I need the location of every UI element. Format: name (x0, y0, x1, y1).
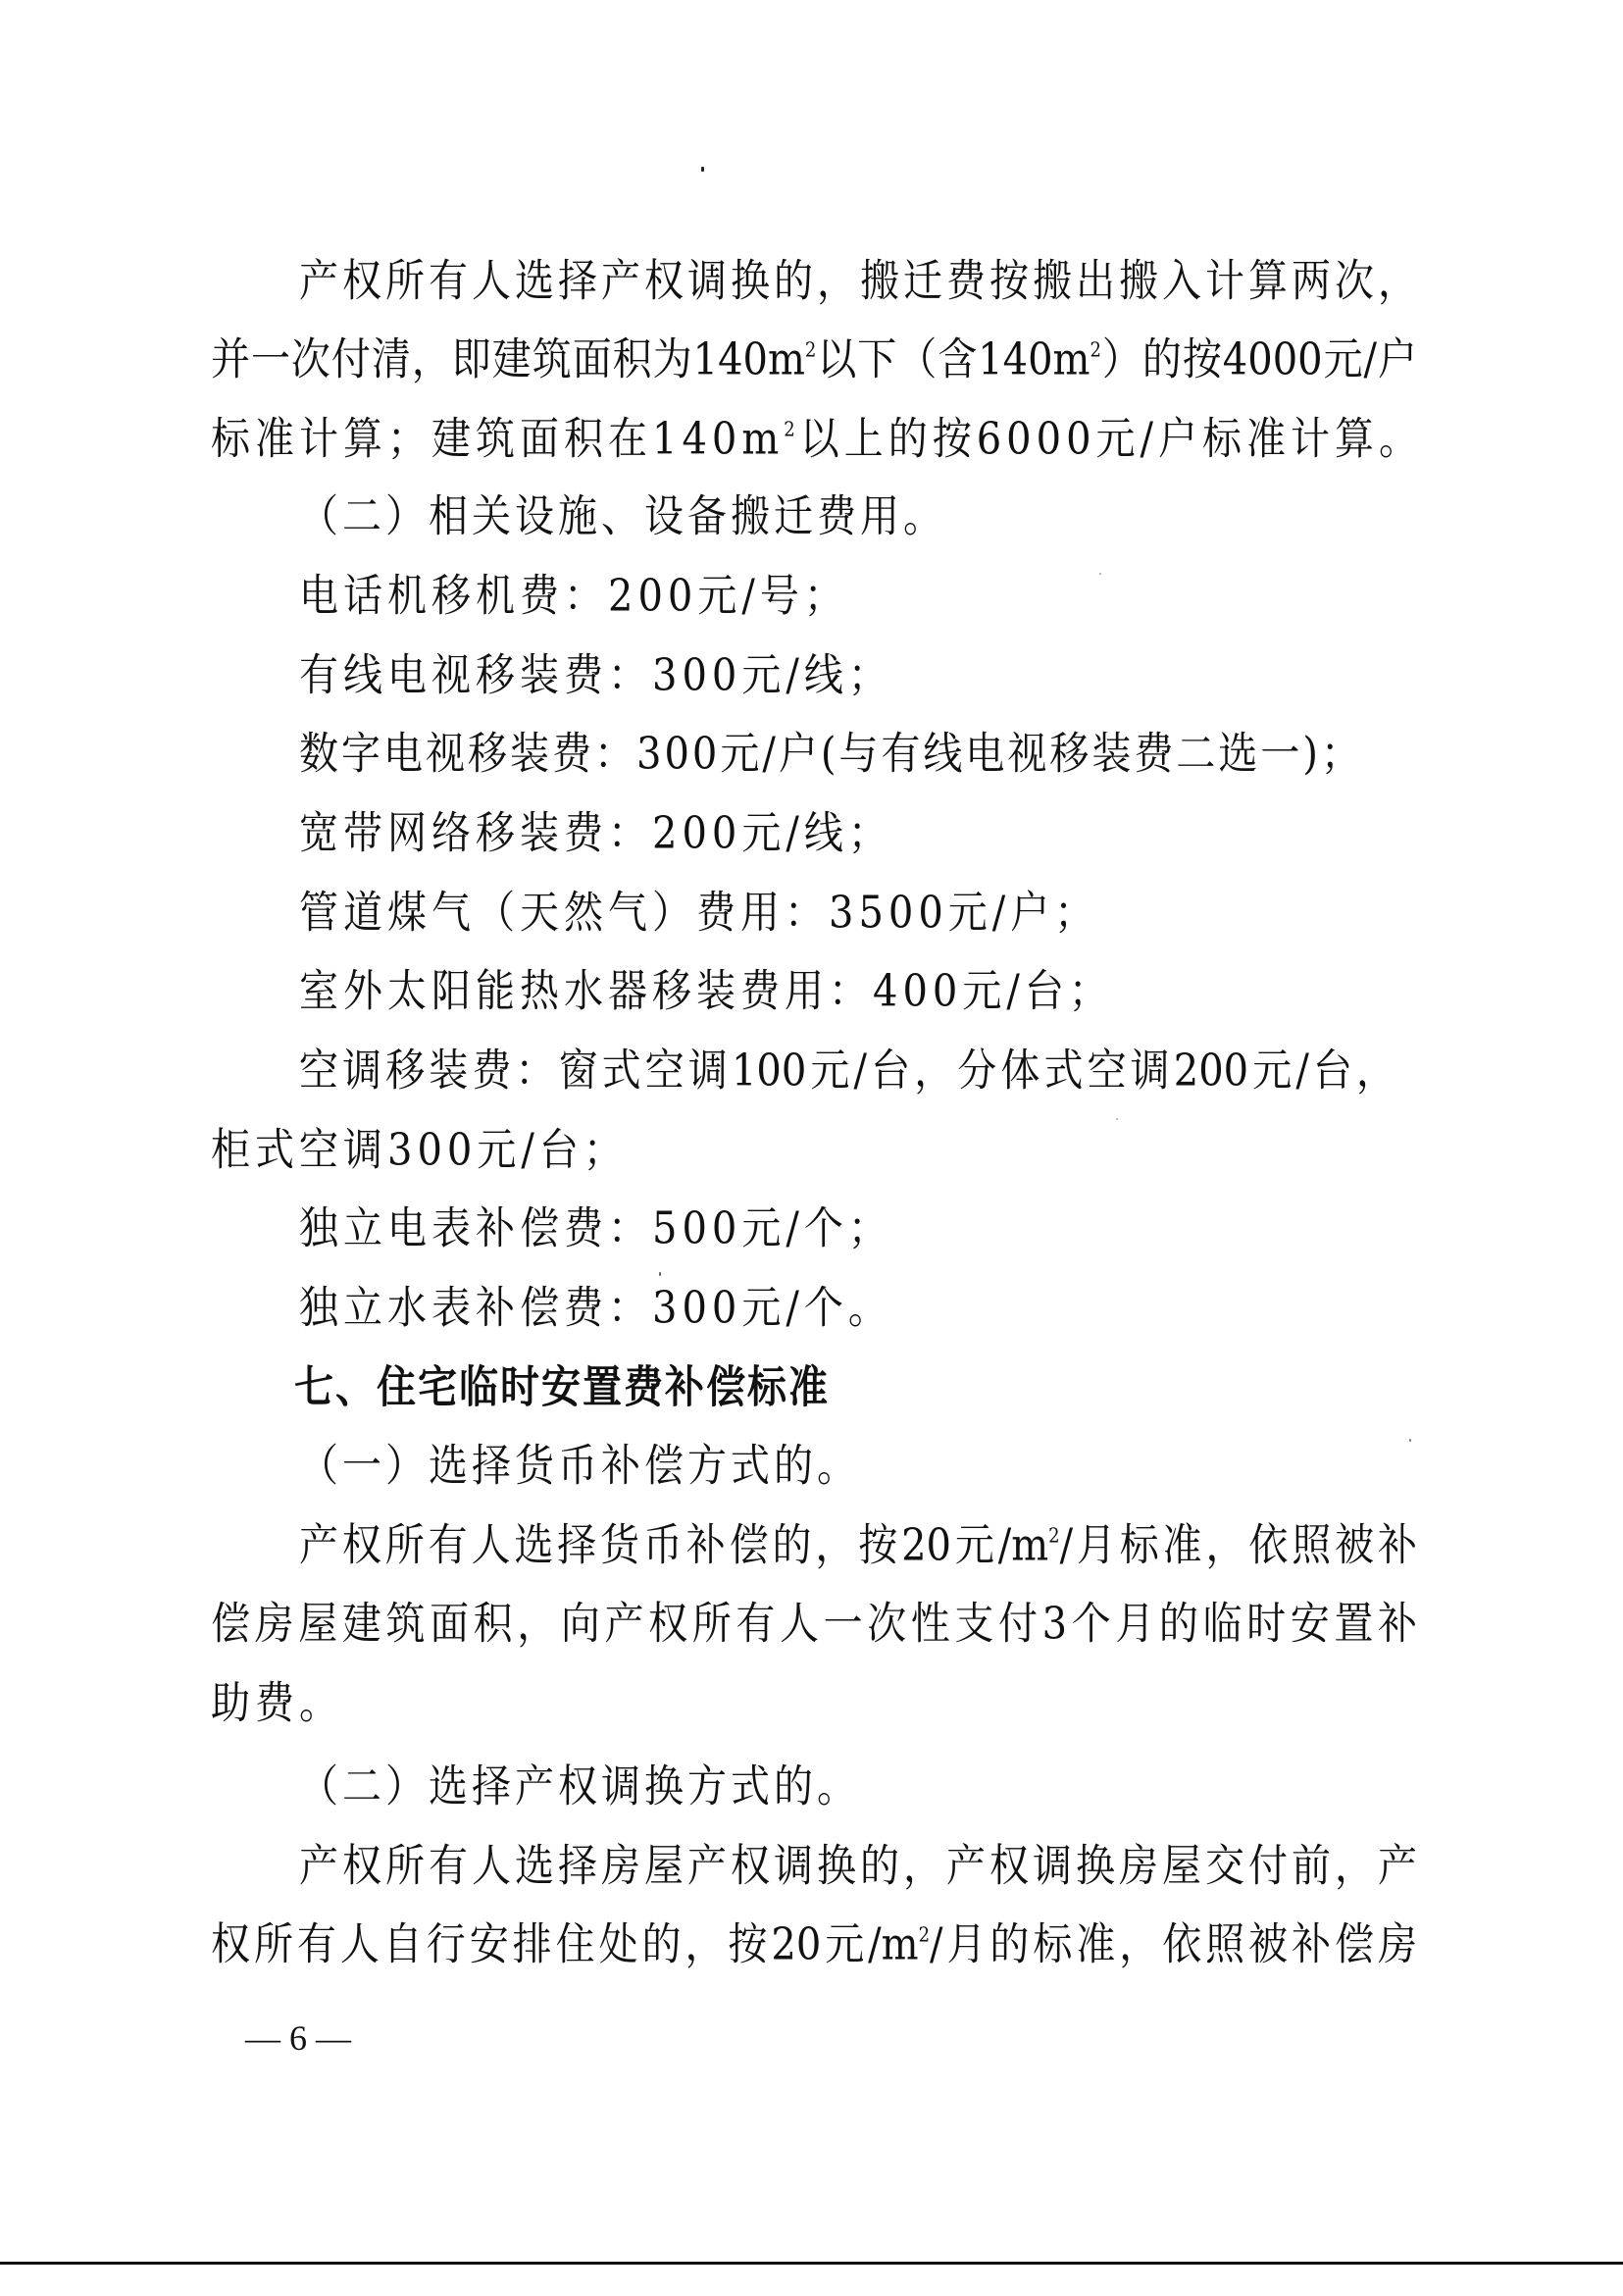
paragraph-line: 权所有人自行安排住处的，按20元/m2/月的标准，依照被补偿房 (211, 1916, 1417, 1973)
text: ）的按4000元/户 (1101, 334, 1417, 385)
fee-item: 宽带网络移装费：200元/线； (299, 805, 892, 862)
text: 独立电表补偿费：500元/个； (299, 1203, 892, 1254)
superscript: 2 (805, 339, 816, 363)
scan-speck (1099, 573, 1101, 575)
text: /月的标准，依照被补偿房 (930, 1919, 1417, 1970)
text: （一）选择货币补偿方式的。 (299, 1441, 860, 1492)
text: 宽带网络移装费：200元/线； (299, 808, 892, 859)
text: （二）相关设施、设备搬迁费用。 (299, 491, 946, 542)
paragraph-line: 产权所有人选择房屋产权调换的，产权调换房屋交付前，产 (299, 1838, 1417, 1895)
paragraph-line: 并一次付清，即建筑面积为140m2以下（含140m2）的按4000元/户 (211, 332, 1417, 388)
document-page: 产权所有人选择产权调换的，搬迁费按搬出搬入计算两次， 并一次付清，即建筑面积为1… (0, 0, 1623, 2296)
text: 助费。 (211, 1678, 343, 1729)
paragraph-line: 助费。 (211, 1675, 343, 1732)
superscript: 2 (919, 1924, 930, 1948)
scan-speck (1409, 1439, 1411, 1442)
section-title: （二）相关设施、设备搬迁费用。 (299, 488, 946, 545)
text: 数字电视移装费：300元/户(与有线电视移装费二选一)； (299, 729, 1363, 780)
text: 柜式空调300元/台； (211, 1125, 628, 1176)
fee-item: 独立电表补偿费：500元/个； (299, 1200, 892, 1257)
text: 七、住宅临时安置费补偿标准 (294, 1362, 830, 1413)
text: 产权所有人选择产权调换的，搬迁费按搬出搬入计算两次， (299, 256, 1417, 307)
text: 权所有人自行安排住处的，按20元/m (211, 1919, 919, 1970)
fee-item: 数字电视移装费：300元/户(与有线电视移装费二选一)； (299, 726, 1363, 783)
text: 室外太阳能热水器移装费用：400元/台； (299, 966, 1113, 1017)
text: （二）选择产权调换方式的。 (299, 1761, 860, 1812)
page-number: — 6 — (245, 2016, 351, 2060)
superscript: 2 (1048, 1525, 1059, 1549)
text: 管道煤气（天然气）费用：3500元/户； (299, 888, 1098, 939)
text: 标准计算；建筑面积在140m (211, 414, 784, 465)
scan-speck (659, 1272, 661, 1276)
fee-item-continued: 柜式空调300元/台； (211, 1122, 628, 1179)
paragraph-line: 标准计算；建筑面积在140m2以上的按6000元/户标准计算。 (211, 411, 1423, 468)
text: 电话机移机费：200元/号； (299, 571, 848, 622)
bottom-rule (0, 2262, 1623, 2265)
scan-speck (701, 167, 704, 172)
text: 并一次付清，即建筑面积为140m (211, 334, 805, 385)
fee-item: 管道煤气（天然气）费用：3500元/户； (299, 885, 1098, 942)
text: 偿房屋建筑面积，向产权所有人一次性支付3个月的临时安置补 (211, 1599, 1417, 1650)
text: 有线电视移装费：300元/线； (299, 650, 892, 701)
section-heading: 七、住宅临时安置费补偿标准 (294, 1359, 830, 1416)
text: /月标准，依照被补 (1060, 1520, 1417, 1571)
text: 以上的按6000元/户标准计算。 (800, 414, 1423, 465)
text: 空调移装费：窗式空调100元/台，分体式空调200元/台， (299, 1046, 1395, 1097)
subsection-title: （二）选择产权调换方式的。 (299, 1759, 860, 1815)
subsection-title: （一）选择货币补偿方式的。 (299, 1438, 860, 1495)
fee-item: 室外太阳能热水器移装费用：400元/台； (299, 963, 1113, 1020)
text: 独立水表补偿费：300元/个。 (299, 1283, 892, 1334)
superscript: 2 (784, 419, 799, 442)
scan-speck (1116, 1118, 1118, 1120)
paragraph-line: 产权所有人选择产权调换的，搬迁费按搬出搬入计算两次， (299, 253, 1417, 310)
fee-item: 空调移装费：窗式空调100元/台，分体式空调200元/台， (299, 1043, 1395, 1099)
paragraph-line: 产权所有人选择货币补偿的，按20元/m2/月标准，依照被补 (299, 1517, 1417, 1574)
fee-item: 电话机移机费：200元/号； (299, 568, 848, 625)
superscript: 2 (1090, 339, 1100, 363)
text: 产权所有人选择货币补偿的，按20元/m (299, 1520, 1048, 1571)
fee-item: 独立水表补偿费：300元/个。 (299, 1280, 892, 1337)
text: 产权所有人选择房屋产权调换的，产权调换房屋交付前，产 (299, 1841, 1417, 1892)
text: 以下（含140m (816, 334, 1090, 385)
fee-item: 有线电视移装费：300元/线； (299, 647, 892, 704)
paragraph-line: 偿房屋建筑面积，向产权所有人一次性支付3个月的临时安置补 (211, 1596, 1417, 1653)
